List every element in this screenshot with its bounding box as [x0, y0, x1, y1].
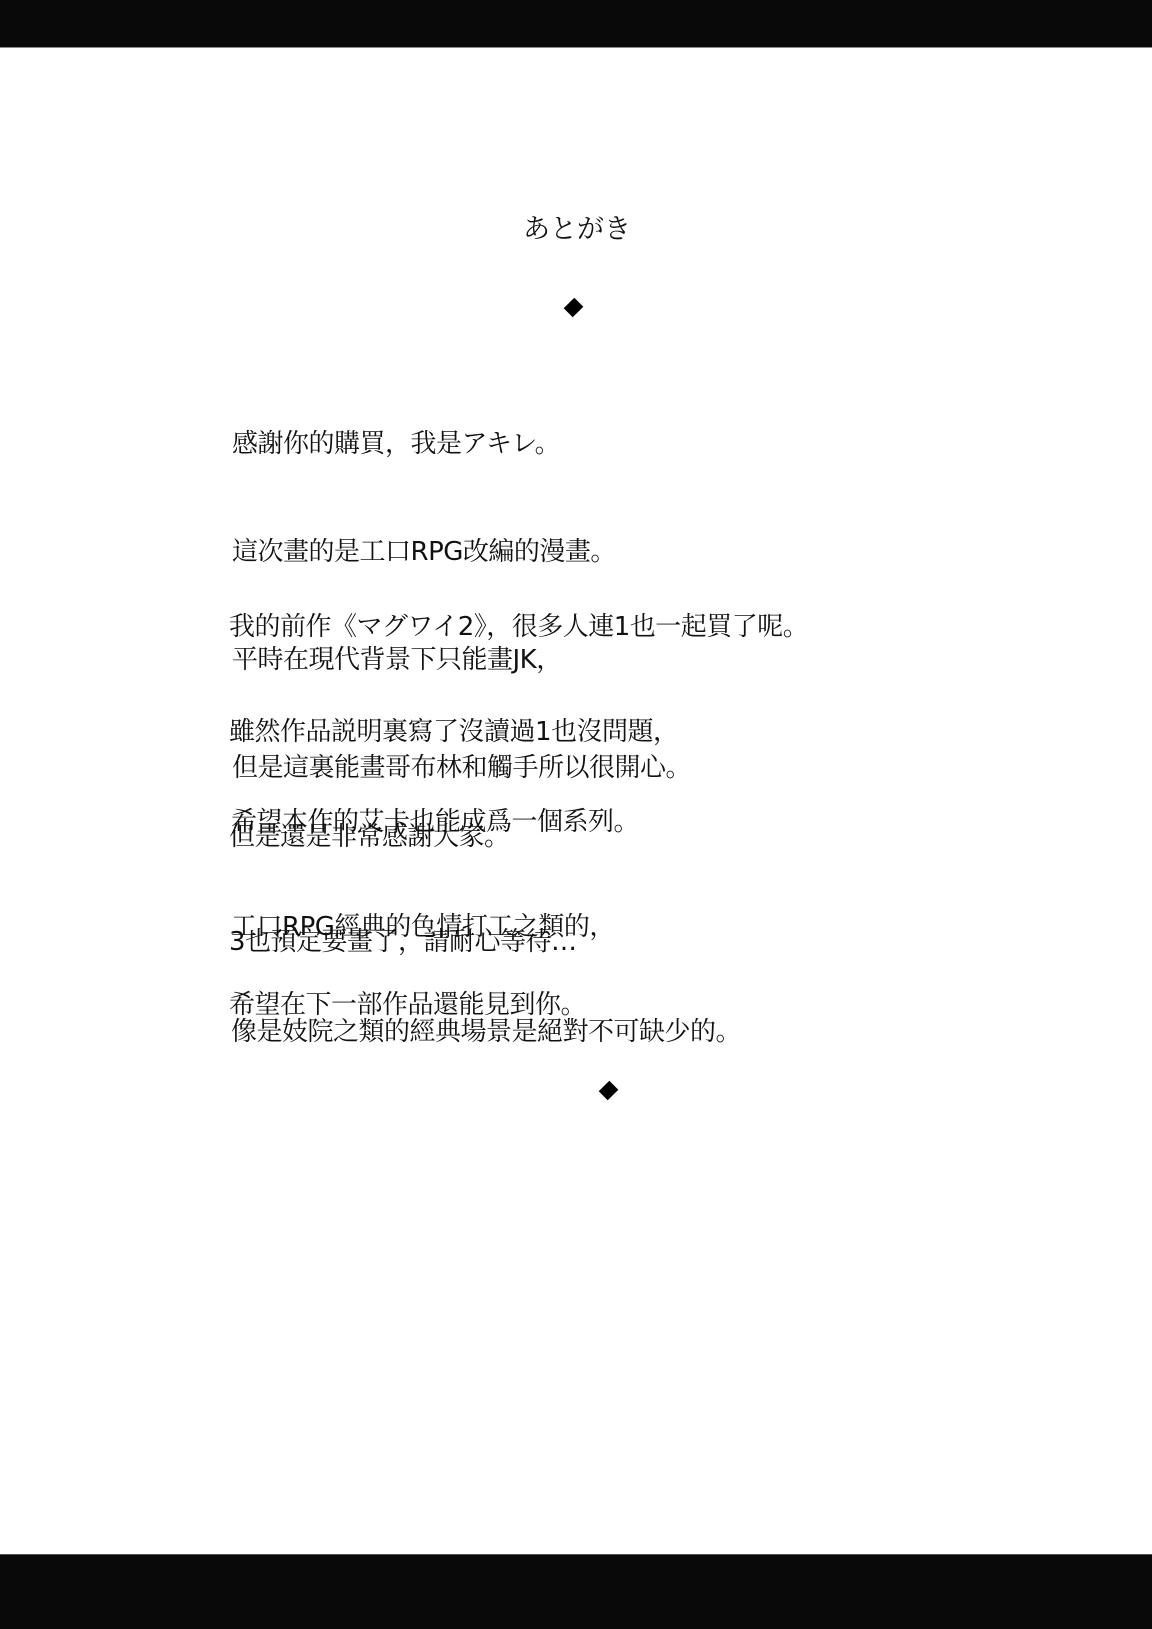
diamond-separator-icon	[564, 298, 584, 318]
bottom-letterbox-bar	[0, 1554, 1152, 1629]
text-line: 希望本作的艾卡也能成爲一個系列。	[231, 805, 741, 840]
text-line: 希望在下一部作品還能見到你。	[229, 987, 586, 1023]
paragraph-closing: 希望在下一部作品還能見到你。	[229, 915, 586, 1059]
title-text: あとがき	[523, 212, 631, 248]
text-line: 感謝你的購買，我是アキレ。	[232, 426, 691, 462]
top-letterbox-bar	[0, 0, 1152, 48]
page-title: あとがき	[0, 212, 1152, 248]
text-line: 我的前作《マグワイ2》，很多人連1也一起買了呢。	[229, 610, 808, 645]
